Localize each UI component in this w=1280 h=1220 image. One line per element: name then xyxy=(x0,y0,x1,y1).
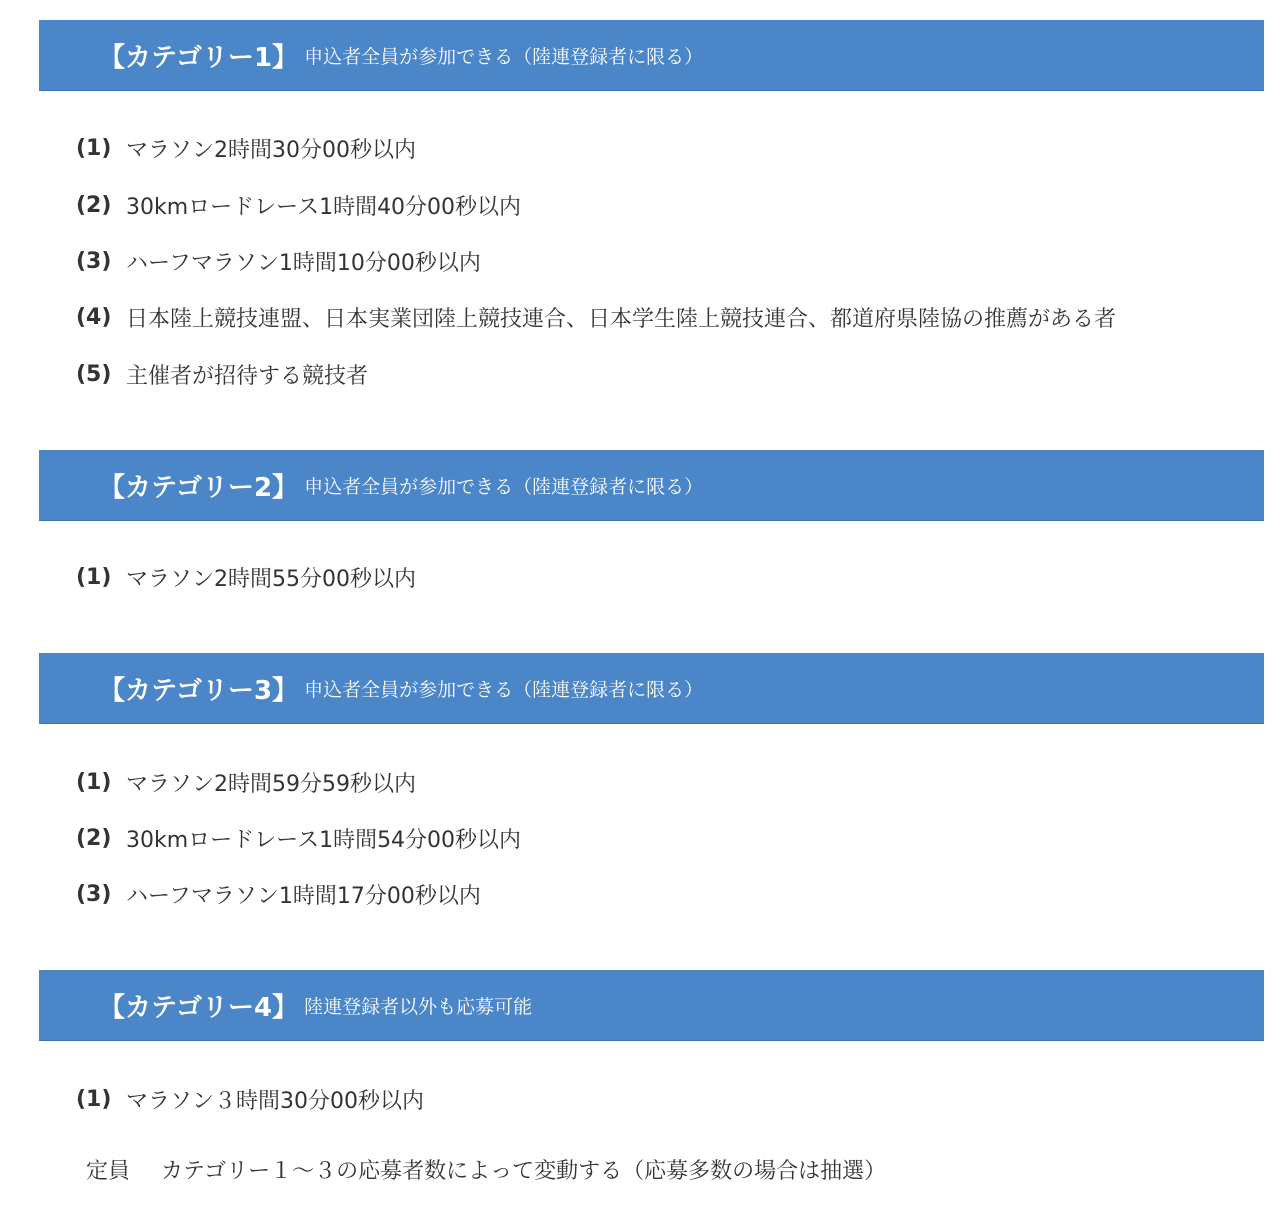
capacity-text: カテゴリー１～３の応募者数によって変動する（応募多数の場合は抽選） xyxy=(161,1159,886,1184)
category-title: 【カテゴリー2】 xyxy=(99,467,298,504)
list-item: (1) マラソン2時間30分00秒以内 xyxy=(76,133,416,164)
item-number: (1) xyxy=(76,1087,126,1112)
item-number: (1) xyxy=(76,136,126,161)
list-item: (3) ハーフマラソン1時間17分00秒以内 xyxy=(76,879,481,910)
item-text: マラソン2時間59分59秒以内 xyxy=(126,767,416,798)
item-text: マラソン３時間30分00秒以内 xyxy=(126,1084,424,1115)
category-title: 【カテゴリー3】 xyxy=(99,670,298,707)
item-number: (4) xyxy=(76,305,126,330)
item-text: マラソン2時間55分00秒以内 xyxy=(126,562,416,593)
category-1-header: 【カテゴリー1】 申込者全員が参加できる（陸連登録者に限る） xyxy=(39,20,1264,91)
item-text: マラソン2時間30分00秒以内 xyxy=(126,133,416,164)
list-item: (4) 日本陸上競技連盟、日本実業団陸上競技連合、日本学生陸上競技連合、都道府県… xyxy=(76,302,1116,333)
category-4-header: 【カテゴリー4】 陸連登録者以外も応募可能 xyxy=(39,970,1264,1041)
item-number: (3) xyxy=(76,882,126,907)
list-item: (1) マラソン2時間59分59秒以内 xyxy=(76,767,416,798)
item-number: (2) xyxy=(76,193,126,218)
capacity-note: 定員 カテゴリー１～３の応募者数によって変動する（応募多数の場合は抽選） xyxy=(86,1154,886,1185)
capacity-label: 定員 xyxy=(86,1159,130,1184)
category-title: 【カテゴリー1】 xyxy=(99,37,298,74)
item-number: (1) xyxy=(76,565,126,590)
item-number: (1) xyxy=(76,770,126,795)
item-text: 30kmロードレース1時間54分00秒以内 xyxy=(126,823,521,854)
item-number: (5) xyxy=(76,362,126,387)
item-text: ハーフマラソン1時間10分00秒以内 xyxy=(126,246,481,277)
category-subtitle: 申込者全員が参加できる（陸連登録者に限る） xyxy=(304,42,703,69)
category-subtitle: 申込者全員が参加できる（陸連登録者に限る） xyxy=(304,675,703,702)
list-item: (3) ハーフマラソン1時間10分00秒以内 xyxy=(76,246,481,277)
list-item: (5) 主催者が招待する競技者 xyxy=(76,359,368,390)
list-item: (2) 30kmロードレース1時間54分00秒以内 xyxy=(76,823,521,854)
item-text: 主催者が招待する競技者 xyxy=(126,359,368,390)
item-number: (2) xyxy=(76,826,126,851)
item-text: 日本陸上競技連盟、日本実業団陸上競技連合、日本学生陸上競技連合、都道府県陸協の推… xyxy=(126,302,1116,333)
list-item: (1) マラソン３時間30分00秒以内 xyxy=(76,1084,424,1115)
category-2-header: 【カテゴリー2】 申込者全員が参加できる（陸連登録者に限る） xyxy=(39,450,1264,521)
item-text: 30kmロードレース1時間40分00秒以内 xyxy=(126,190,521,221)
category-subtitle: 申込者全員が参加できる（陸連登録者に限る） xyxy=(304,472,703,499)
item-number: (3) xyxy=(76,249,126,274)
list-item: (2) 30kmロードレース1時間40分00秒以内 xyxy=(76,190,521,221)
item-text: ハーフマラソン1時間17分00秒以内 xyxy=(126,879,481,910)
category-subtitle: 陸連登録者以外も応募可能 xyxy=(304,992,532,1019)
category-3-header: 【カテゴリー3】 申込者全員が参加できる（陸連登録者に限る） xyxy=(39,653,1264,724)
list-item: (1) マラソン2時間55分00秒以内 xyxy=(76,562,416,593)
category-title: 【カテゴリー4】 xyxy=(99,987,298,1024)
